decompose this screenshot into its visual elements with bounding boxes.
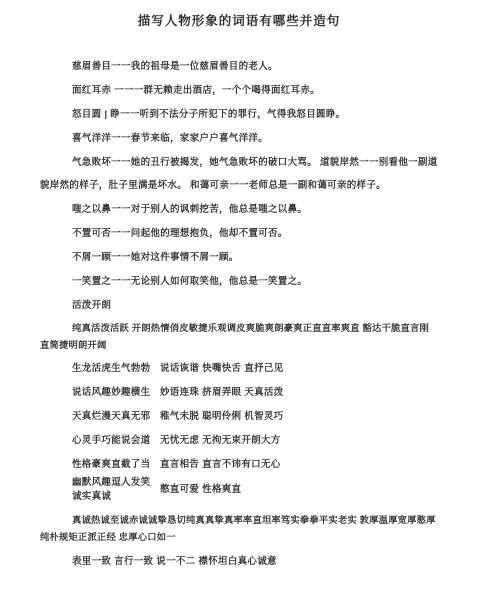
closing-line: 表里一致 言行一致 说一不二 襟怀坦白真心诚意 bbox=[40, 553, 438, 570]
document-page: 描写人物形象的词语有哪些并造句 慈眉善目一一我的祖母是一位慈眉善目的老人。 面红… bbox=[0, 0, 478, 600]
pair-right-line: 憨直可爱 性格爽直 bbox=[160, 483, 438, 497]
example-sentences: 慈眉善目一一我的祖母是一位慈眉善目的老人。 面红耳赤 一一一群无赖走出酒店，一个… bbox=[40, 55, 438, 293]
section-heading-lively: 活泼开朗 bbox=[40, 294, 438, 317]
pair-left-line: 幽默风趣逗人发笑 bbox=[72, 476, 160, 490]
word-row: 心灵手巧能说会道 无忧无虑 无拘无束开朗大方 bbox=[40, 432, 438, 449]
page-title: 描写人物形象的词语有哪些并造句 bbox=[40, 14, 438, 29]
word-group-right: 稚气未脱 聪明伶俐 机智灵巧 bbox=[160, 408, 438, 425]
word-group-left: 天真烂漫天真无邪 bbox=[72, 408, 160, 425]
word-rows: 生龙活虎生气勃勃 说话诙谐 快嘴快舌 直抒己见 说话风趣妙趣横生 妙语连珠 挤眉… bbox=[40, 360, 438, 473]
sentence-line: 怒目圆 | 睁一一听到不法分子所犯下的罪行，气得我怒目圆睁。 bbox=[40, 103, 438, 126]
word-group-left: 性格豪爽直截了当 bbox=[72, 456, 160, 473]
word-row: 性格豪爽直截了当 直言相告 直言不讳有口无心 bbox=[40, 456, 438, 473]
sentence-line: 喜气洋洋一一春节来临，家家户户喜气洋洋。 bbox=[40, 127, 438, 150]
paired-word-block: 幽默风趣逗人发笑 诚实真诚 憨直可爱 性格爽直 bbox=[40, 476, 438, 504]
word-group-right: 直言相告 直言不讳有口无心 bbox=[160, 456, 438, 473]
word-group-right: 说话诙谐 快嘴快舌 直抒己见 bbox=[160, 360, 438, 377]
pair-left-line: 诚实真诚 bbox=[72, 490, 160, 504]
sentence-line: 慈眉善目一一我的祖母是一位慈眉善目的老人。 bbox=[40, 55, 438, 78]
word-row: 生龙活虎生气勃勃 说话诙谐 快嘴快舌 直抒己见 bbox=[40, 360, 438, 377]
sentence-line: 不屑一顾一一她对这件事情不屑一顾。 bbox=[40, 246, 438, 269]
word-group-left: 生龙活虎生气勃勃 bbox=[72, 360, 160, 377]
sentence-line: 气急败坏一一她的丑行被揭发，她气急败坏的破口大骂。 道貌岸然一一别看他一副道貌岸… bbox=[40, 151, 438, 197]
word-row: 说话风趣妙趣横生 妙语连珠 挤眉弄眼 天真活泼 bbox=[40, 384, 438, 401]
sentence-line: 不置可否一一问起他的理想抱负，他却不置可否。 bbox=[40, 222, 438, 245]
pair-left-column: 幽默风趣逗人发笑 诚实真诚 bbox=[72, 476, 160, 504]
word-group-left: 说话风趣妙趣横生 bbox=[72, 384, 160, 401]
lively-word-paragraph: 纯真活泼活跃 开朗热情俏皮敏捷乐观调皮爽脆爽朗豪爽正直直率爽直 豁达干脆直言刚直… bbox=[40, 320, 438, 354]
word-group-right: 妙语连珠 挤眉弄眼 天真活泼 bbox=[160, 384, 438, 401]
word-group-right: 无忧无虑 无拘无束开朗大方 bbox=[160, 432, 438, 449]
sentence-line: 嗤之以鼻一一对于别人的讽刺挖苦，他总是嗤之以鼻。 bbox=[40, 198, 438, 221]
sentence-line: 面红耳赤 一一一群无赖走出酒店，一个个喝得面红耳赤。 bbox=[40, 79, 438, 102]
word-group-left: 心灵手巧能说会道 bbox=[72, 432, 160, 449]
word-row: 天真烂漫天真无邪 稚气未脱 聪明伶俐 机智灵巧 bbox=[40, 408, 438, 425]
sentence-line: 一笑置之一一无论别人如何取笑他，他总是一笑置之。 bbox=[40, 270, 438, 293]
sincere-word-paragraph: 真诚热诚至诚赤诚诚挚恳切纯真真挚真率率直坦率笃实拳拳平实老实 敦厚温厚宽厚憨厚纯… bbox=[40, 512, 438, 546]
